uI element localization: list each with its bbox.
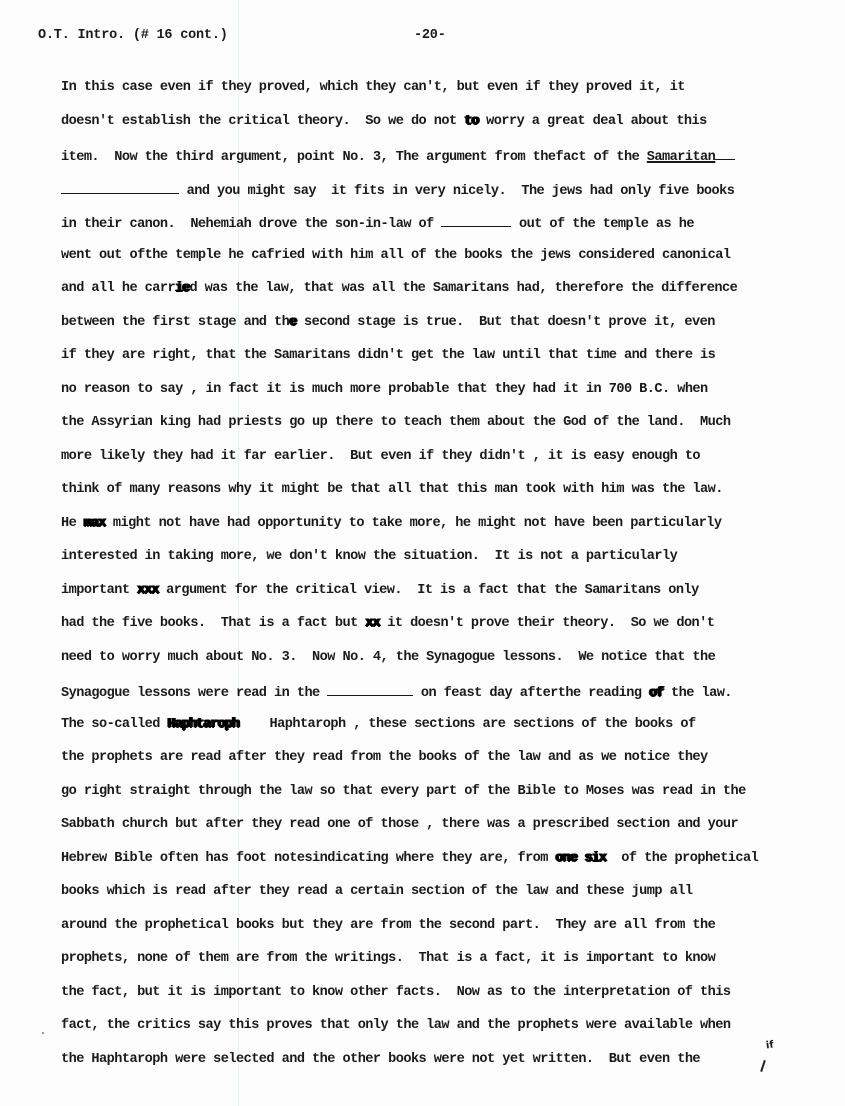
text-segment: He <box>61 516 84 531</box>
fill-in-blank <box>61 179 179 194</box>
text-segment: important <box>61 583 137 598</box>
text-segment: In this case even if they proved, which … <box>61 80 685 95</box>
text-line: went out ofthe temple he cafried with hi… <box>61 246 841 280</box>
text-line: Sabbath church but after they read one o… <box>61 815 841 849</box>
text-line: doesn't establish the critical theory. S… <box>61 112 841 146</box>
fill-in-blank <box>715 145 735 160</box>
text-segment: in their canon. Nehemiah drove the son-i… <box>61 217 441 232</box>
text-segment: think of many reasons why it might be th… <box>61 482 723 497</box>
text-segment: Synagogue lessons were read in the <box>61 686 327 701</box>
text-segment: and all he carr <box>61 281 175 296</box>
overstruck-text: ie <box>175 281 189 296</box>
fill-in-blank <box>441 212 511 227</box>
text-line: and all he carried was the law, that was… <box>61 279 841 313</box>
overstruck-text: of <box>649 686 663 701</box>
text-segment <box>577 851 585 866</box>
overstruck-text: max <box>84 516 105 531</box>
text-line: and you might say it fits in very nicely… <box>61 179 841 213</box>
text-line: between the first stage and the second s… <box>61 313 841 347</box>
text-segment: argument for the critical view. It is a … <box>159 583 699 598</box>
text-segment: if they are right, that the Samaritans d… <box>61 348 715 363</box>
text-segment: it doesn't prove their theory. So we don… <box>380 616 715 631</box>
underlined-text: Samaritan <box>647 150 715 165</box>
text-line: Hebrew Bible often has foot notesindicat… <box>61 849 841 883</box>
page-header: O.T. Intro. (# 16 cont.) -20- <box>38 28 838 48</box>
text-segment: interested in taking more, we don't know… <box>61 549 677 564</box>
text-segment: Hebrew Bible often has foot notesindicat… <box>61 851 556 866</box>
text-segment: and you might say it fits in very nicely… <box>179 184 734 199</box>
text-line: had the five books. That is a fact but x… <box>61 614 841 648</box>
text-segment: item. Now the third argument, point No. … <box>61 150 647 165</box>
text-line: fact, the critics say this proves that o… <box>61 1016 841 1050</box>
text-segment: between the first stage and th <box>61 315 289 330</box>
text-line: interested in taking more, we don't know… <box>61 547 841 581</box>
text-segment: Sabbath church but after they read one o… <box>61 817 738 832</box>
text-segment: of the prophetical <box>606 851 758 866</box>
overstruck-text: Haphtaroph <box>168 717 240 732</box>
text-line: prophets, none of them are from the writ… <box>61 949 841 983</box>
text-segment: the fact, but it is important to know ot… <box>61 985 730 1000</box>
text-line: go right straight through the law so tha… <box>61 782 841 816</box>
text-line: In this case even if they proved, which … <box>61 78 841 112</box>
text-segment: the Assyrian king had priests go up ther… <box>61 415 730 430</box>
overstruck-text: one <box>556 851 577 866</box>
typewritten-body: In this case even if they proved, which … <box>61 78 841 1083</box>
text-segment: had the five books. That is a fact but <box>61 616 365 631</box>
overstruck-text: xxx <box>137 583 158 598</box>
overstruck-text: six <box>585 851 606 866</box>
fill-in-blank <box>327 681 413 696</box>
handwritten-insertion: if <box>765 1040 774 1052</box>
text-line: need to worry much about No. 3. Now No. … <box>61 648 841 682</box>
text-segment: d was the law, that was all the Samarita… <box>189 281 737 296</box>
text-line: think of many reasons why it might be th… <box>61 480 841 514</box>
text-line: the Assyrian king had priests go up ther… <box>61 413 841 447</box>
text-segment: the prophets are read after they read fr… <box>61 750 708 765</box>
text-line: the Haphtaroph were selected and the oth… <box>61 1050 841 1084</box>
text-line: important xxx argument for the critical … <box>61 581 841 615</box>
text-segment: worry a great deal about this <box>479 114 707 129</box>
text-segment: no reason to say , in fact it is much mo… <box>61 382 708 397</box>
margin-mark <box>42 1032 44 1034</box>
text-line: Synagogue lessons were read in the on fe… <box>61 681 841 715</box>
text-line: no reason to say , in fact it is much mo… <box>61 380 841 414</box>
document-title: O.T. Intro. (# 16 cont.) <box>38 28 228 43</box>
text-line: more likely they had it far earlier. But… <box>61 447 841 481</box>
text-segment: out of the temple as he <box>511 217 694 232</box>
text-line: around the prophetical books but they ar… <box>61 916 841 950</box>
text-segment: doesn't establish the critical theory. S… <box>61 114 464 129</box>
page-number: -20- <box>414 28 446 43</box>
text-segment: need to worry much about No. 3. Now No. … <box>61 650 715 665</box>
document-page: O.T. Intro. (# 16 cont.) -20- In this ca… <box>0 0 845 1106</box>
overstruck-text: xx <box>365 616 379 631</box>
text-line: the fact, but it is important to know ot… <box>61 983 841 1017</box>
text-line: item. Now the third argument, point No. … <box>61 145 841 179</box>
text-segment: around the prophetical books but they ar… <box>61 918 715 933</box>
text-segment: more likely they had it far earlier. But… <box>61 449 700 464</box>
text-segment: might not have had opportunity to take m… <box>105 516 721 531</box>
overstruck-text: to <box>464 114 478 129</box>
text-line: The so-called Haphtaroph Haphtaroph , th… <box>61 715 841 749</box>
text-segment: books which is read after they read a ce… <box>61 884 692 899</box>
text-line: if they are right, that the Samaritans d… <box>61 346 841 380</box>
text-segment: the law. <box>663 686 731 701</box>
text-segment: the Haphtaroph were selected and the oth… <box>61 1052 700 1067</box>
text-line: the prophets are read after they read fr… <box>61 748 841 782</box>
text-segment: went out ofthe temple he cafried with hi… <box>61 248 730 263</box>
text-line: books which is read after they read a ce… <box>61 882 841 916</box>
text-segment: prophets, none of them are from the writ… <box>61 951 715 966</box>
text-segment: on feast day afterthe reading <box>413 686 649 701</box>
text-segment: second stage is true. But that doesn't p… <box>296 315 714 330</box>
text-segment: go right straight through the law so tha… <box>61 784 746 799</box>
text-segment: The so-called <box>61 717 168 732</box>
text-line: in their canon. Nehemiah drove the son-i… <box>61 212 841 246</box>
text-line: He max might not have had opportunity to… <box>61 514 841 548</box>
text-segment: Haphtaroph , these sections are sections… <box>239 717 695 732</box>
text-segment: fact, the critics say this proves that o… <box>61 1018 730 1033</box>
